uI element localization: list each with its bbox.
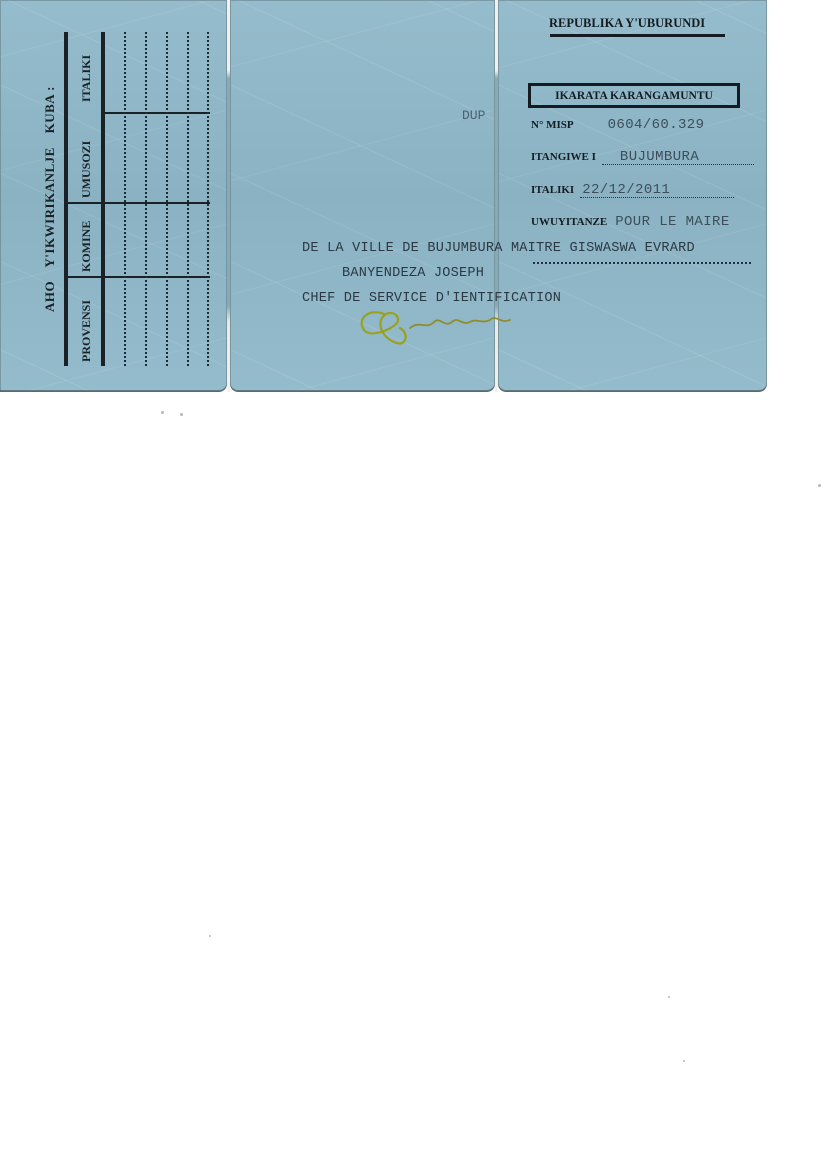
table-row <box>166 32 168 366</box>
field-issued-by: UWUYITANZE POUR LE MAIRE <box>531 215 734 229</box>
card-panel-right: REPUBLIKA Y'UBURUNDI IKARATA KARANGAMUNT… <box>498 0 767 392</box>
scan-speck <box>180 413 183 416</box>
scan-speck <box>668 996 670 998</box>
scan-speck <box>209 935 211 937</box>
fold-line <box>227 0 230 392</box>
heading-underline <box>550 34 725 37</box>
field-value: POUR LE MAIRE <box>613 215 733 229</box>
field-label: ITALIKI <box>531 184 574 196</box>
table-top-rule <box>64 32 68 366</box>
field-label: ITANGIWE I <box>531 151 596 163</box>
issuer-line-1: DE LA VILLE DE BUJUMBURA MAITRE GISWASWA… <box>302 241 695 256</box>
scan-speck <box>818 484 821 487</box>
field-value: BUJUMBURA <box>602 150 754 165</box>
scan-speck <box>683 1060 685 1062</box>
issuer-dotted-line <box>533 262 751 264</box>
column-header-komine: KOMINE <box>70 221 102 272</box>
field-misp: N° MISP 0604/60.329 <box>531 118 708 132</box>
field-label: N° MISP <box>531 119 574 131</box>
issuer-line-2: BANYENDEZA JOSEPH <box>342 266 484 281</box>
scan-speck <box>161 411 164 414</box>
table-row <box>207 32 209 366</box>
card-title-box: IKARATA KARANGAMUNTU <box>528 83 740 108</box>
column-header-umusozi: UMUSOZI <box>70 141 102 198</box>
field-value: 0604/60.329 <box>606 118 709 132</box>
dup-stamp: DUP <box>462 108 485 123</box>
field-value: 22/12/2011 <box>580 183 734 198</box>
signature-icon <box>350 300 530 356</box>
field-label: UWUYITANZE <box>531 216 607 228</box>
field-date: ITALIKI 22/12/2011 <box>531 183 734 198</box>
title-word: KUBA : <box>42 86 57 133</box>
table-row <box>145 32 147 366</box>
table-row <box>187 32 189 366</box>
residence-record-table: AHO Y'IKWIRIKANLJE KUBA : PROVENSI KOMIN… <box>0 0 227 392</box>
title-word: Y'IKWIRIKANLJE <box>42 147 57 267</box>
card-panel-left: AHO Y'IKWIRIKANLJE KUBA : PROVENSI KOMIN… <box>0 0 227 392</box>
column-header-provensi: PROVENSI <box>70 300 102 362</box>
residence-title: AHO Y'IKWIRIKANLJE KUBA : <box>42 76 58 312</box>
column-header-italiki: ITALIKI <box>70 55 102 102</box>
field-issued-at: ITANGIWE I BUJUMBURA <box>531 150 754 165</box>
table-row <box>124 32 126 366</box>
country-heading: REPUBLIKA Y'UBURUNDI <box>549 16 705 31</box>
column-divider <box>101 112 210 114</box>
title-word: AHO <box>42 281 57 312</box>
